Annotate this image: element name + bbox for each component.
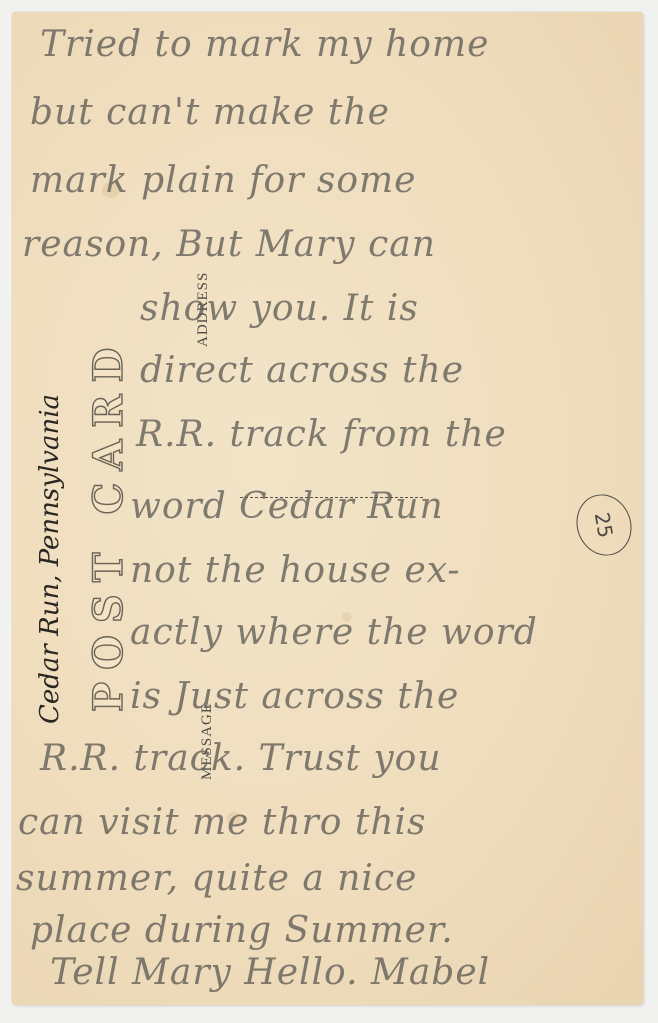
message-line: summer, quite a nice <box>16 858 417 899</box>
message-line: can visit me thro this <box>18 802 427 843</box>
message-line: R.R. track. Trust you <box>40 738 442 779</box>
message-line: show you. It is <box>140 288 419 329</box>
message-line: is Just across the <box>130 676 459 717</box>
price-mark-value: 25 <box>590 510 618 539</box>
location-stamp: Cedar Run, Pennsylvania <box>35 394 65 724</box>
postcard-back: POST CARD ADDRESS MESSAGE Cedar Run, Pen… <box>12 12 643 1005</box>
price-mark-circle: 25 <box>568 487 640 564</box>
message-line: mark plain for some <box>30 160 416 201</box>
message-line: not the house ex- <box>130 550 461 591</box>
message-line: word Cedar Run <box>130 486 444 527</box>
message-line: actly where the word <box>130 612 538 653</box>
message-line: R.R. track from the <box>136 414 507 455</box>
message-line: reason, But Mary can <box>22 224 436 265</box>
message-line: place during Summer. <box>30 910 454 951</box>
message-line: direct across the <box>140 350 464 391</box>
postcard-title: POST CARD <box>85 336 132 712</box>
message-line: Tried to mark my home <box>40 24 489 65</box>
message-line: but can't make the <box>30 92 390 133</box>
message-line: Tell Mary Hello. Mabel <box>50 952 490 993</box>
